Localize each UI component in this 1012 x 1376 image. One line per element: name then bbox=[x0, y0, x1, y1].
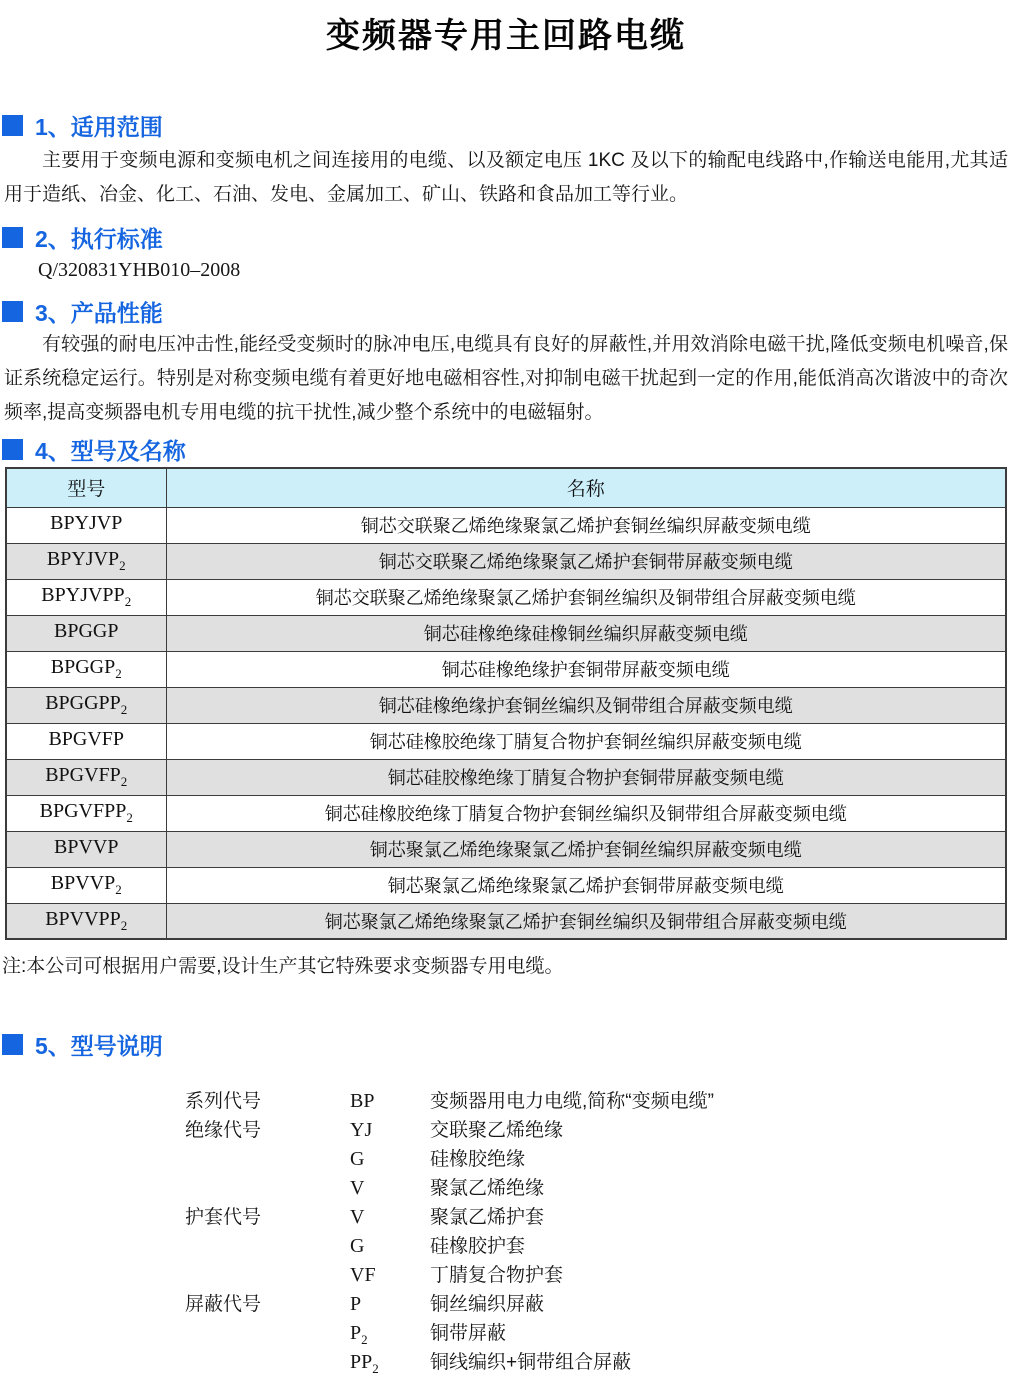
code-category-label: 护套代号 bbox=[185, 1202, 350, 1229]
model-cell: BPGVFP2 bbox=[6, 759, 166, 795]
code-description: 聚氯乙烯护套 bbox=[430, 1202, 1012, 1229]
code-row: 护套代号 V 聚氯乙烯护套 bbox=[0, 1202, 1012, 1231]
name-cell: 铜芯硅橡绝缘护套铜丝编织及铜带组合屏蔽变频电缆 bbox=[166, 687, 1006, 723]
section-1-paragraph: 主要用于变频电源和变频电机之间连接用的电缆、以及额定电压 1KC 及以下的输配电… bbox=[0, 144, 1012, 212]
code-category-label: 绝缘代号 bbox=[185, 1115, 350, 1142]
model-cell: BPVVP2 bbox=[6, 867, 166, 903]
model-cell: BPGVFPP2 bbox=[6, 795, 166, 831]
table-row: BPYJVPP2 铜芯交联聚乙烯绝缘聚氯乙烯护套铜丝编织及铜带组合屏蔽变频电缆 bbox=[6, 579, 1006, 615]
code-value: VF bbox=[350, 1264, 430, 1290]
code-row: VF 丁腈复合物护套 bbox=[0, 1260, 1012, 1289]
code-row: G 硅橡胶绝缘 bbox=[0, 1144, 1012, 1173]
code-description: 铜线编织+铜带组合屏蔽 bbox=[430, 1347, 1012, 1374]
table-row: BPGGPP2 铜芯硅橡绝缘护套铜丝编织及铜带组合屏蔽变频电缆 bbox=[6, 687, 1006, 723]
section-heading-1: 1、适用范围 bbox=[0, 110, 1012, 140]
code-row: 系列代号 BP 变频器用电力电缆,简称“变频电缆” bbox=[0, 1086, 1012, 1115]
table-row: BPGGP 铜芯硅橡绝缘硅橡铜丝编织屏蔽变频电缆 bbox=[6, 615, 1006, 651]
table-header-name: 名称 bbox=[166, 468, 1006, 507]
name-cell: 铜芯聚氯乙烯绝缘聚氯乙烯护套铜带屏蔽变频电缆 bbox=[166, 867, 1006, 903]
note-text: 注:本公司可根据用户需要,设计生产其它特殊要求变频器专用电缆。 bbox=[0, 954, 1012, 980]
table-row: BPGGP2 铜芯硅橡绝缘护套铜带屏蔽变频电缆 bbox=[6, 651, 1006, 687]
code-row: 屏蔽代号 P 铜丝编织屏蔽 bbox=[0, 1289, 1012, 1318]
name-cell: 铜芯交联聚乙烯绝缘聚氯乙烯护套铜带屏蔽变频电缆 bbox=[166, 543, 1006, 579]
code-description: 铜丝编织屏蔽 bbox=[430, 1289, 1012, 1316]
name-cell: 铜芯硅橡胶绝缘丁腈复合物护套铜丝编织屏蔽变频电缆 bbox=[166, 723, 1006, 759]
code-row: P2 铜带屏蔽 bbox=[0, 1318, 1012, 1347]
model-cell: BPYJVPP2 bbox=[6, 579, 166, 615]
table-row: BPYJVP 铜芯交联聚乙烯绝缘聚氯乙烯护套铜丝编织屏蔽变频电缆 bbox=[6, 507, 1006, 543]
section-heading-label: 5、型号说明 bbox=[35, 1028, 163, 1061]
code-row: G 硅橡胶护套 bbox=[0, 1231, 1012, 1260]
table-row: BPVVP 铜芯聚氯乙烯绝缘聚氯乙烯护套铜丝编织屏蔽变频电缆 bbox=[6, 831, 1006, 867]
code-value: PP2 bbox=[350, 1351, 430, 1376]
section-heading-label: 2、执行标准 bbox=[35, 221, 163, 254]
section-bullet-icon bbox=[2, 1034, 23, 1055]
model-cell: BPYJVP bbox=[6, 507, 166, 543]
code-description: 聚氯乙烯绝缘 bbox=[430, 1173, 1012, 1200]
code-description: 硅橡胶绝缘 bbox=[430, 1144, 1012, 1171]
table-header-model: 型号 bbox=[6, 468, 166, 507]
standard-code: Q/320831YHB010–2008 bbox=[0, 258, 1012, 282]
models-table: 型号 名称 BPYJVP 铜芯交联聚乙烯绝缘聚氯乙烯护套铜丝编织屏蔽变频电缆 B… bbox=[5, 467, 1007, 940]
section-bullet-icon bbox=[2, 227, 23, 248]
section-3-paragraph: 有较强的耐电压冲击性,能经受变频时的脉冲电压,电缆具有良好的屏蔽性,并用效消除电… bbox=[0, 328, 1012, 430]
document-page: 变频器专用主回路电缆 1、适用范围 主要用于变频电源和变频电机之间连接用的电缆、… bbox=[0, 0, 1012, 1376]
table-row: BPYJVP2 铜芯交联聚乙烯绝缘聚氯乙烯护套铜带屏蔽变频电缆 bbox=[6, 543, 1006, 579]
section-heading-label: 3、产品性能 bbox=[35, 295, 163, 328]
code-category-label: 屏蔽代号 bbox=[185, 1289, 350, 1316]
model-cell: BPGVFP bbox=[6, 723, 166, 759]
name-cell: 铜芯聚氯乙烯绝缘聚氯乙烯护套铜丝编织及铜带组合屏蔽变频电缆 bbox=[166, 903, 1006, 939]
code-category-label: 系列代号 bbox=[185, 1086, 350, 1113]
model-cell: BPVVP bbox=[6, 831, 166, 867]
section-heading-5: 5、型号说明 bbox=[0, 1029, 1012, 1059]
name-cell: 铜芯聚氯乙烯绝缘聚氯乙烯护套铜丝编织屏蔽变频电缆 bbox=[166, 831, 1006, 867]
code-value: P2 bbox=[350, 1322, 430, 1348]
name-cell: 铜芯交联聚乙烯绝缘聚氯乙烯护套铜丝编织屏蔽变频电缆 bbox=[166, 507, 1006, 543]
section-heading-label: 4、型号及名称 bbox=[35, 433, 186, 466]
code-value: V bbox=[350, 1177, 430, 1203]
code-value: BP bbox=[350, 1090, 430, 1116]
model-cell: BPVVPP2 bbox=[6, 903, 166, 939]
code-description: 变频器用电力电缆,简称“变频电缆” bbox=[430, 1086, 1012, 1113]
code-row: V 聚氯乙烯绝缘 bbox=[0, 1173, 1012, 1202]
code-value: P bbox=[350, 1293, 430, 1319]
section-heading-4: 4、型号及名称 bbox=[0, 434, 1012, 464]
name-cell: 铜芯交联聚乙烯绝缘聚氯乙烯护套铜丝编织及铜带组合屏蔽变频电缆 bbox=[166, 579, 1006, 615]
code-row: 绝缘代号 YJ 交联聚乙烯绝缘 bbox=[0, 1115, 1012, 1144]
table-row: BPGVFP2 铜芯硅胶橡绝缘丁腈复合物护套铜带屏蔽变频电缆 bbox=[6, 759, 1006, 795]
section-bullet-icon bbox=[2, 301, 23, 322]
name-cell: 铜芯硅橡胶绝缘丁腈复合物护套铜丝编织及铜带组合屏蔽变频电缆 bbox=[166, 795, 1006, 831]
code-description: 铜带屏蔽 bbox=[430, 1318, 1012, 1345]
name-cell: 铜芯硅橡绝缘硅橡铜丝编织屏蔽变频电缆 bbox=[166, 615, 1006, 651]
code-row: PP2 铜线编织+铜带组合屏蔽 bbox=[0, 1347, 1012, 1376]
table-row: BPGVFP 铜芯硅橡胶绝缘丁腈复合物护套铜丝编织屏蔽变频电缆 bbox=[6, 723, 1006, 759]
model-cell: BPYJVP2 bbox=[6, 543, 166, 579]
model-cell: BPGGPP2 bbox=[6, 687, 166, 723]
name-cell: 铜芯硅胶橡绝缘丁腈复合物护套铜带屏蔽变频电缆 bbox=[166, 759, 1006, 795]
section-heading-3: 3、产品性能 bbox=[0, 296, 1012, 326]
code-value: YJ bbox=[350, 1119, 430, 1145]
model-cell: BPGGP bbox=[6, 615, 166, 651]
code-description: 丁腈复合物护套 bbox=[430, 1260, 1012, 1287]
section-heading-2: 2、执行标准 bbox=[0, 222, 1012, 252]
code-description: 交联聚乙烯绝缘 bbox=[430, 1115, 1012, 1142]
section-bullet-icon bbox=[2, 115, 23, 136]
section-heading-label: 1、适用范围 bbox=[35, 109, 163, 142]
table-row: BPVVP2 铜芯聚氯乙烯绝缘聚氯乙烯护套铜带屏蔽变频电缆 bbox=[6, 867, 1006, 903]
code-value: V bbox=[350, 1206, 430, 1232]
section-bullet-icon bbox=[2, 439, 23, 460]
page-title: 变频器专用主回路电缆 bbox=[0, 0, 1012, 58]
code-list: 系列代号 BP 变频器用电力电缆,简称“变频电缆” 绝缘代号 YJ 交联聚乙烯绝… bbox=[0, 1086, 1012, 1376]
code-value: G bbox=[350, 1235, 430, 1261]
table-row: BPVVPP2 铜芯聚氯乙烯绝缘聚氯乙烯护套铜丝编织及铜带组合屏蔽变频电缆 bbox=[6, 903, 1006, 939]
name-cell: 铜芯硅橡绝缘护套铜带屏蔽变频电缆 bbox=[166, 651, 1006, 687]
code-description: 硅橡胶护套 bbox=[430, 1231, 1012, 1258]
table-header-row: 型号 名称 bbox=[6, 468, 1006, 507]
table-row: BPGVFPP2 铜芯硅橡胶绝缘丁腈复合物护套铜丝编织及铜带组合屏蔽变频电缆 bbox=[6, 795, 1006, 831]
code-value: G bbox=[350, 1148, 430, 1174]
model-cell: BPGGP2 bbox=[6, 651, 166, 687]
